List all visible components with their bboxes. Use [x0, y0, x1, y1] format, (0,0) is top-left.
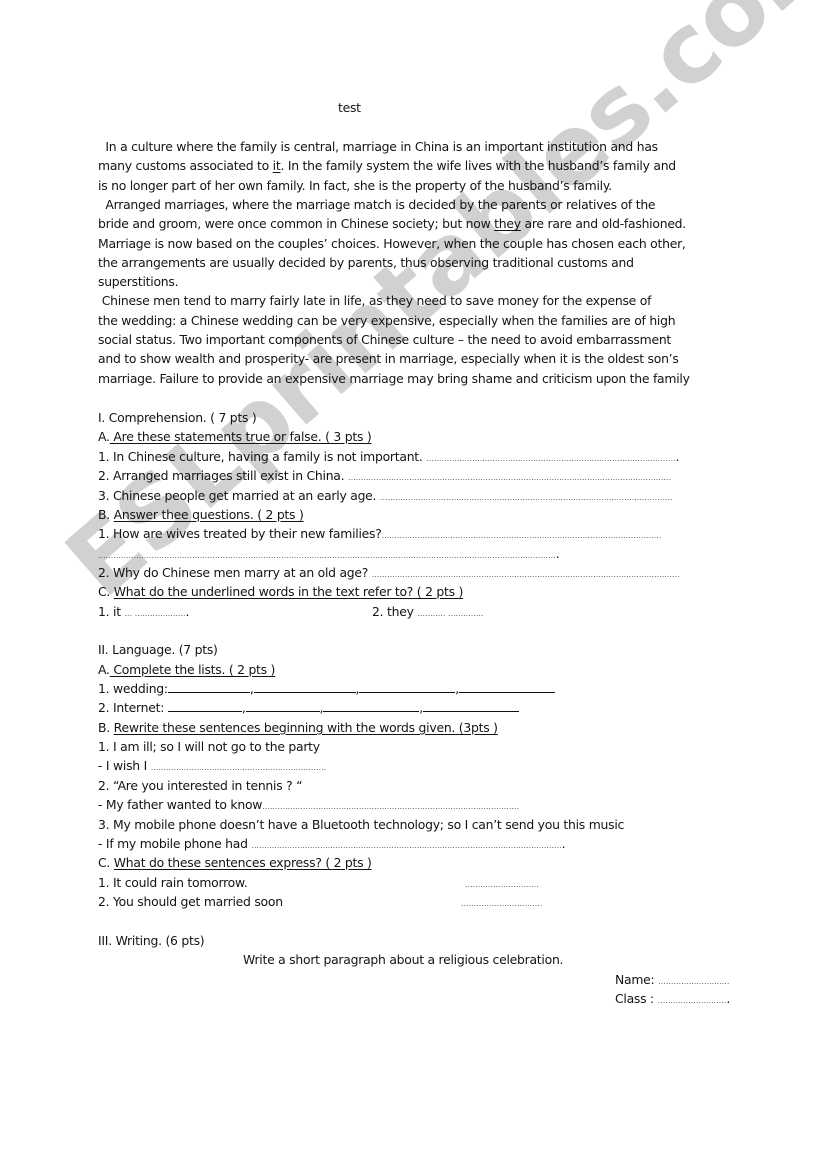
open-answer-2[interactable]: ........................................…: [372, 570, 680, 579]
open-answer-1a[interactable]: ........................................…: [382, 531, 662, 540]
open-answer-1-continuation[interactable]: ........................................…: [98, 544, 559, 565]
passage-line: Chinese men tend to marry fairly late in…: [98, 291, 651, 310]
tf-question-1-text: 1. In Chinese culture, having a family i…: [98, 449, 423, 464]
tf-answer-1[interactable]: ........................................…: [426, 454, 675, 463]
reference-answer-2[interactable]: ........... ..............: [417, 609, 483, 618]
class-field: Class : ............................: [615, 989, 730, 1010]
section-2a-prefix: A.: [98, 662, 110, 677]
wedding-blank-3[interactable]: [359, 680, 455, 693]
tf-question-2: 2. Arranged marriages still exist in Chi…: [98, 466, 671, 487]
section-2b-heading: B. Rewrite these sentences beginning wit…: [98, 718, 498, 737]
underlined-word: they: [494, 216, 521, 231]
wedding-blank-2[interactable]: [254, 680, 356, 693]
reference-item-1-label: 1. it: [98, 604, 121, 619]
rewrite-prompt-1: 1. I am ill; so I will not go to the par…: [98, 737, 320, 756]
rewrite-start-2: - My father wanted to know..............…: [98, 795, 519, 816]
section-1b-heading: B. Answer thee questions. ( 2 pts ): [98, 505, 304, 524]
section-1c-heading: C. What do the underlined words in the t…: [98, 582, 463, 601]
section-3-heading: III. Writing. (6 pts): [98, 931, 204, 950]
name-input[interactable]: ............................: [658, 977, 729, 986]
open-question-2: 2. Why do Chinese men marry at an old ag…: [98, 563, 680, 584]
tf-question-1: 1. In Chinese culture, having a family i…: [98, 447, 679, 468]
rewrite-answer-2[interactable]: ........................................…: [262, 802, 519, 811]
rewrite-prompt-3: 3. My mobile phone doesn’t have a Blueto…: [98, 815, 624, 834]
section-2a-heading: A. Complete the lists. ( 2 pts ): [98, 660, 275, 679]
passage-line: Marriage is now based on the couples’ ch…: [98, 234, 686, 253]
section-1a-title: Are these statements true or false. ( 3 …: [110, 429, 372, 444]
passage-text: are rare and old-fashioned.: [521, 216, 686, 231]
section-2a-title: Complete the lists. ( 2 pts ): [110, 662, 275, 677]
rewrite-start-1: - I wish I .............................…: [98, 756, 326, 777]
rewrite-start-3-text: - If my mobile phone had: [98, 836, 248, 851]
list-internet: 2. Internet: ,,,: [98, 698, 519, 717]
rewrite-prompt-2: 2. “Are you interested in tennis ? “: [98, 776, 302, 795]
rewrite-answer-1[interactable]: ........................................…: [151, 763, 326, 772]
tf-answer-2[interactable]: ........................................…: [348, 473, 671, 482]
internet-blank-2[interactable]: [246, 699, 320, 712]
passage-line: is no longer part of her own family. In …: [98, 176, 612, 195]
passage-text: many customs associated to: [98, 158, 273, 173]
reference-item-2: 2. they ........... ..............: [372, 602, 484, 623]
section-2-heading: II. Language. (7 pts): [98, 640, 218, 659]
section-1a-prefix: A.: [98, 429, 110, 444]
internet-blank-3[interactable]: [323, 699, 419, 712]
open-question-1: 1. How are wives treated by their new fa…: [98, 524, 661, 545]
rewrite-start-3: - If my mobile phone had ...............…: [98, 834, 565, 855]
passage-line: social status. Two important components …: [98, 330, 671, 349]
tf-question-3-text: 3. Chinese people get married at an earl…: [98, 488, 376, 503]
passage-line: In a culture where the family is central…: [98, 137, 658, 156]
wedding-blank-1[interactable]: [168, 680, 250, 693]
class-input[interactable]: ...........................: [658, 996, 727, 1005]
reference-item-1: 1. it ... .....................: [98, 602, 189, 623]
passage-line: the wedding: a Chinese wedding can be ve…: [98, 311, 675, 330]
passage-line: bride and groom, were once common in Chi…: [98, 214, 686, 233]
writing-prompt: Write a short paragraph about a religiou…: [243, 950, 563, 969]
function-item-1: 1. It could rain tomorrow.: [98, 873, 247, 892]
list-internet-label: 2. Internet:: [98, 700, 164, 715]
function-answer-2[interactable]: ................................: [461, 892, 542, 913]
section-2b-title: Rewrite these sentences beginning with t…: [114, 720, 498, 735]
tf-question-3: 3. Chinese people get married at an earl…: [98, 486, 672, 507]
section-2b-prefix: B.: [98, 720, 114, 735]
passage-line: superstitions.: [98, 272, 178, 291]
tf-answer-3[interactable]: ........................................…: [380, 493, 672, 502]
reference-answer-1[interactable]: ... ....................: [125, 609, 186, 618]
name-field: Name: ............................: [615, 970, 729, 991]
passage-line: Arranged marriages, where the marriage m…: [98, 195, 655, 214]
open-question-2-text: 2. Why do Chinese men marry at an old ag…: [98, 565, 368, 580]
section-1-heading: I. Comprehension. ( 7 pts ): [98, 408, 256, 427]
section-2c-heading: C. What do these sentences express? ( 2 …: [98, 853, 372, 872]
internet-blank-4[interactable]: [423, 699, 519, 712]
function-answer-1[interactable]: .............................: [465, 873, 539, 894]
passage-line: marriage. Failure to provide an expensiv…: [98, 369, 690, 388]
section-2c-title: What do these sentences express? ( 2 pts…: [114, 855, 372, 870]
name-label: Name:: [615, 972, 654, 987]
worksheet-page: ESLprintables.com test In a culture wher…: [0, 0, 821, 1169]
rewrite-start-2-text: - My father wanted to know: [98, 797, 262, 812]
tf-question-2-text: 2. Arranged marriages still exist in Chi…: [98, 468, 344, 483]
section-1b-title: Answer thee questions. ( 2 pts ): [114, 507, 304, 522]
internet-blank-1[interactable]: [168, 699, 242, 712]
section-2c-prefix: C.: [98, 855, 114, 870]
section-1b-prefix: B.: [98, 507, 114, 522]
passage-text: bride and groom, were once common in Chi…: [98, 216, 494, 231]
passage-line: and to show wealth and prosperity- are p…: [98, 349, 679, 368]
passage-line: the arrangements are usually decided by …: [98, 253, 634, 272]
class-label: Class :: [615, 991, 654, 1006]
section-1c-prefix: C.: [98, 584, 114, 599]
passage-line: many customs associated to it. In the fa…: [98, 156, 676, 175]
open-question-1-text: 1. How are wives treated by their new fa…: [98, 526, 382, 541]
rewrite-answer-3[interactable]: ........................................…: [251, 841, 561, 850]
reference-item-2-label: 2. they: [372, 604, 414, 619]
passage-text: . In the family system the wife lives wi…: [280, 158, 675, 173]
list-wedding: 1. wedding:,,,: [98, 679, 555, 698]
section-1a-heading: A. Are these statements true or false. (…: [98, 427, 371, 446]
rewrite-start-1-text: - I wish I: [98, 758, 147, 773]
function-item-2: 2. You should get married soon: [98, 892, 283, 911]
section-1c-title: What do the underlined words in the text…: [114, 584, 463, 599]
page-title: test: [338, 98, 361, 117]
list-wedding-label: 1. wedding:: [98, 681, 168, 696]
wedding-blank-4[interactable]: [459, 680, 555, 693]
